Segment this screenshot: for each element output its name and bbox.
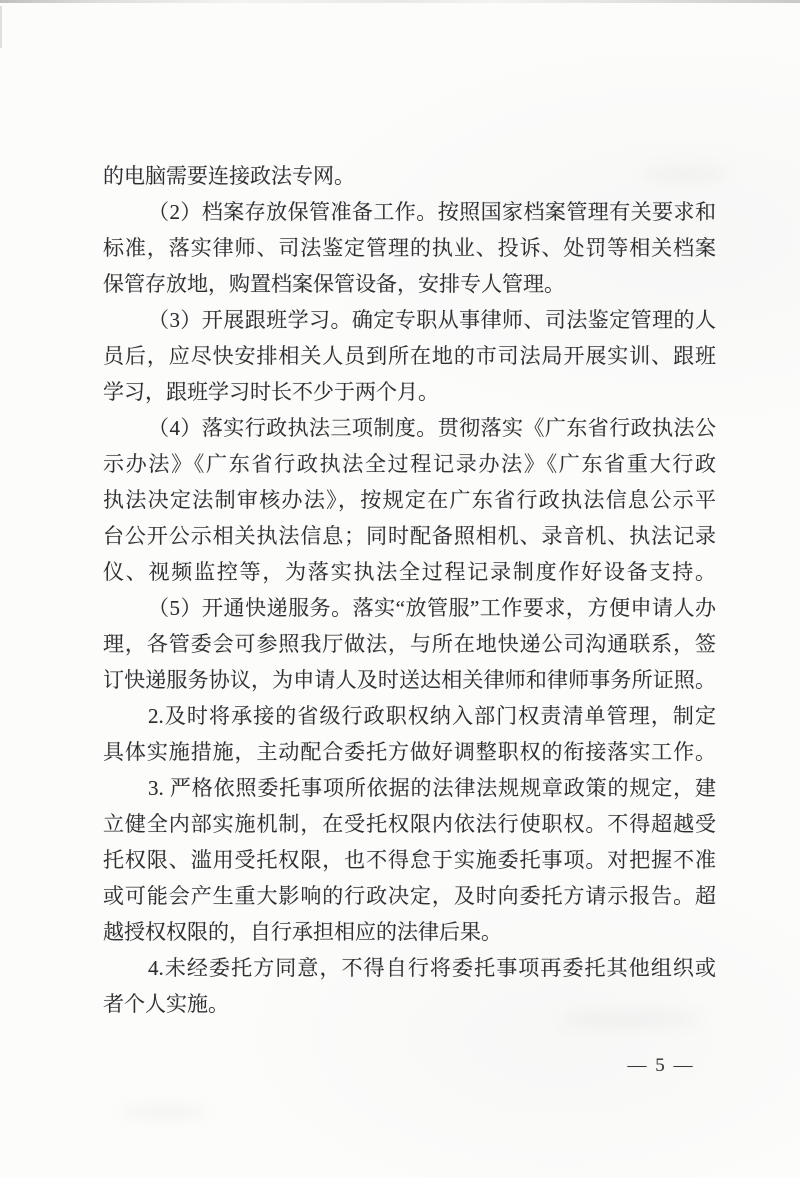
text-line: 越授权权限的，自行承担相应的法律后果。 xyxy=(103,914,716,950)
text-line: （5）开通快递服务。落实“放管服”工作要求，方便申请人办 xyxy=(103,590,716,626)
text-line: 员后，应尽快安排相关人员到所在地的市司法局开展实训、跟班 xyxy=(103,338,716,374)
text-line: 学习，跟班学习时长不少于两个月。 xyxy=(103,374,716,410)
paragraph: （3）开展跟班学习。确定专职从事律师、司法鉴定管理的人员后，应尽快安排相关人员到… xyxy=(103,302,716,410)
text-line: 托权限、滥用受托权限，也不得怠于实施委托事项。对把握不准 xyxy=(103,842,716,878)
paragraph: 3. 严格依照委托事项所依据的法律法规规章政策的规定，建立健全内部实施机制，在受… xyxy=(103,770,716,950)
scan-smudge xyxy=(120,1105,210,1119)
document-body-text: 的电脑需要连接政法专网。（2）档案存放保管准备工作。按照国家档案管理有关要求和标… xyxy=(103,158,716,1022)
text-line: 4.未经委托方同意，不得自行将委托事项再委托其他组织或 xyxy=(103,950,716,986)
paragraph: 2.及时将承接的省级行政职权纳入部门权责清单管理，制定具体实施措施，主动配合委托… xyxy=(103,698,716,770)
text-line: 示办法》《广东省行政执法全过程记录办法》《广东省重大行政 xyxy=(103,446,716,482)
scan-edge-artifact-left xyxy=(0,6,2,48)
text-line: 台公开公示相关执法信息；同时配备照相机、录音机、执法记录 xyxy=(103,518,716,554)
page-number: — 5 — xyxy=(618,1052,704,1080)
text-line: 执法决定法制审核办法》，按规定在广东省行政执法信息公示平 xyxy=(103,482,716,518)
text-line: 理，各管委会可参照我厅做法，与所在地快递公司沟通联系，签 xyxy=(103,626,716,662)
text-line: 保管存放地，购置档案保管设备，安排专人管理。 xyxy=(103,266,716,302)
text-line: 或可能会产生重大影响的行政决定，及时向委托方请示报告。超 xyxy=(103,878,716,914)
text-line: （4）落实行政执法三项制度。贯彻落实《广东省行政执法公 xyxy=(103,410,716,446)
text-line: 具体实施措施，主动配合委托方做好调整职权的衔接落实工作。 xyxy=(103,734,716,770)
text-line: 的电脑需要连接政法专网。 xyxy=(103,158,716,194)
paragraph: （4）落实行政执法三项制度。贯彻落实《广东省行政执法公示办法》《广东省行政执法全… xyxy=(103,410,716,590)
paragraph: （2）档案存放保管准备工作。按照国家档案管理有关要求和标准，落实律师、司法鉴定管… xyxy=(103,194,716,302)
text-line: 标准，落实律师、司法鉴定管理的执业、投诉、处罚等相关档案 xyxy=(103,230,716,266)
text-line: 者个人实施。 xyxy=(103,986,716,1022)
text-line: （2）档案存放保管准备工作。按照国家档案管理有关要求和 xyxy=(103,194,716,230)
text-line: 立健全内部实施机制，在受托权限内依法行使职权。不得超越受 xyxy=(103,806,716,842)
scan-edge-artifact-top xyxy=(0,0,800,3)
paragraph: 的电脑需要连接政法专网。 xyxy=(103,158,716,194)
text-line: 3. 严格依照委托事项所依据的法律法规规章政策的规定，建 xyxy=(103,770,716,806)
paragraph: 4.未经委托方同意，不得自行将委托事项再委托其他组织或者个人实施。 xyxy=(103,950,716,1022)
text-line: 订快递服务协议，为申请人及时送达相关律师和律师事务所证照。 xyxy=(103,662,716,698)
text-line: 仪、视频监控等，为落实执法全过程记录制度作好设备支持。 xyxy=(103,554,716,590)
text-line: 2.及时将承接的省级行政职权纳入部门权责清单管理，制定 xyxy=(103,698,716,734)
document-page: 的电脑需要连接政法专网。（2）档案存放保管准备工作。按照国家档案管理有关要求和标… xyxy=(0,0,800,1178)
text-line: （3）开展跟班学习。确定专职从事律师、司法鉴定管理的人 xyxy=(103,302,716,338)
paragraph: （5）开通快递服务。落实“放管服”工作要求，方便申请人办理，各管委会可参照我厅做… xyxy=(103,590,716,698)
